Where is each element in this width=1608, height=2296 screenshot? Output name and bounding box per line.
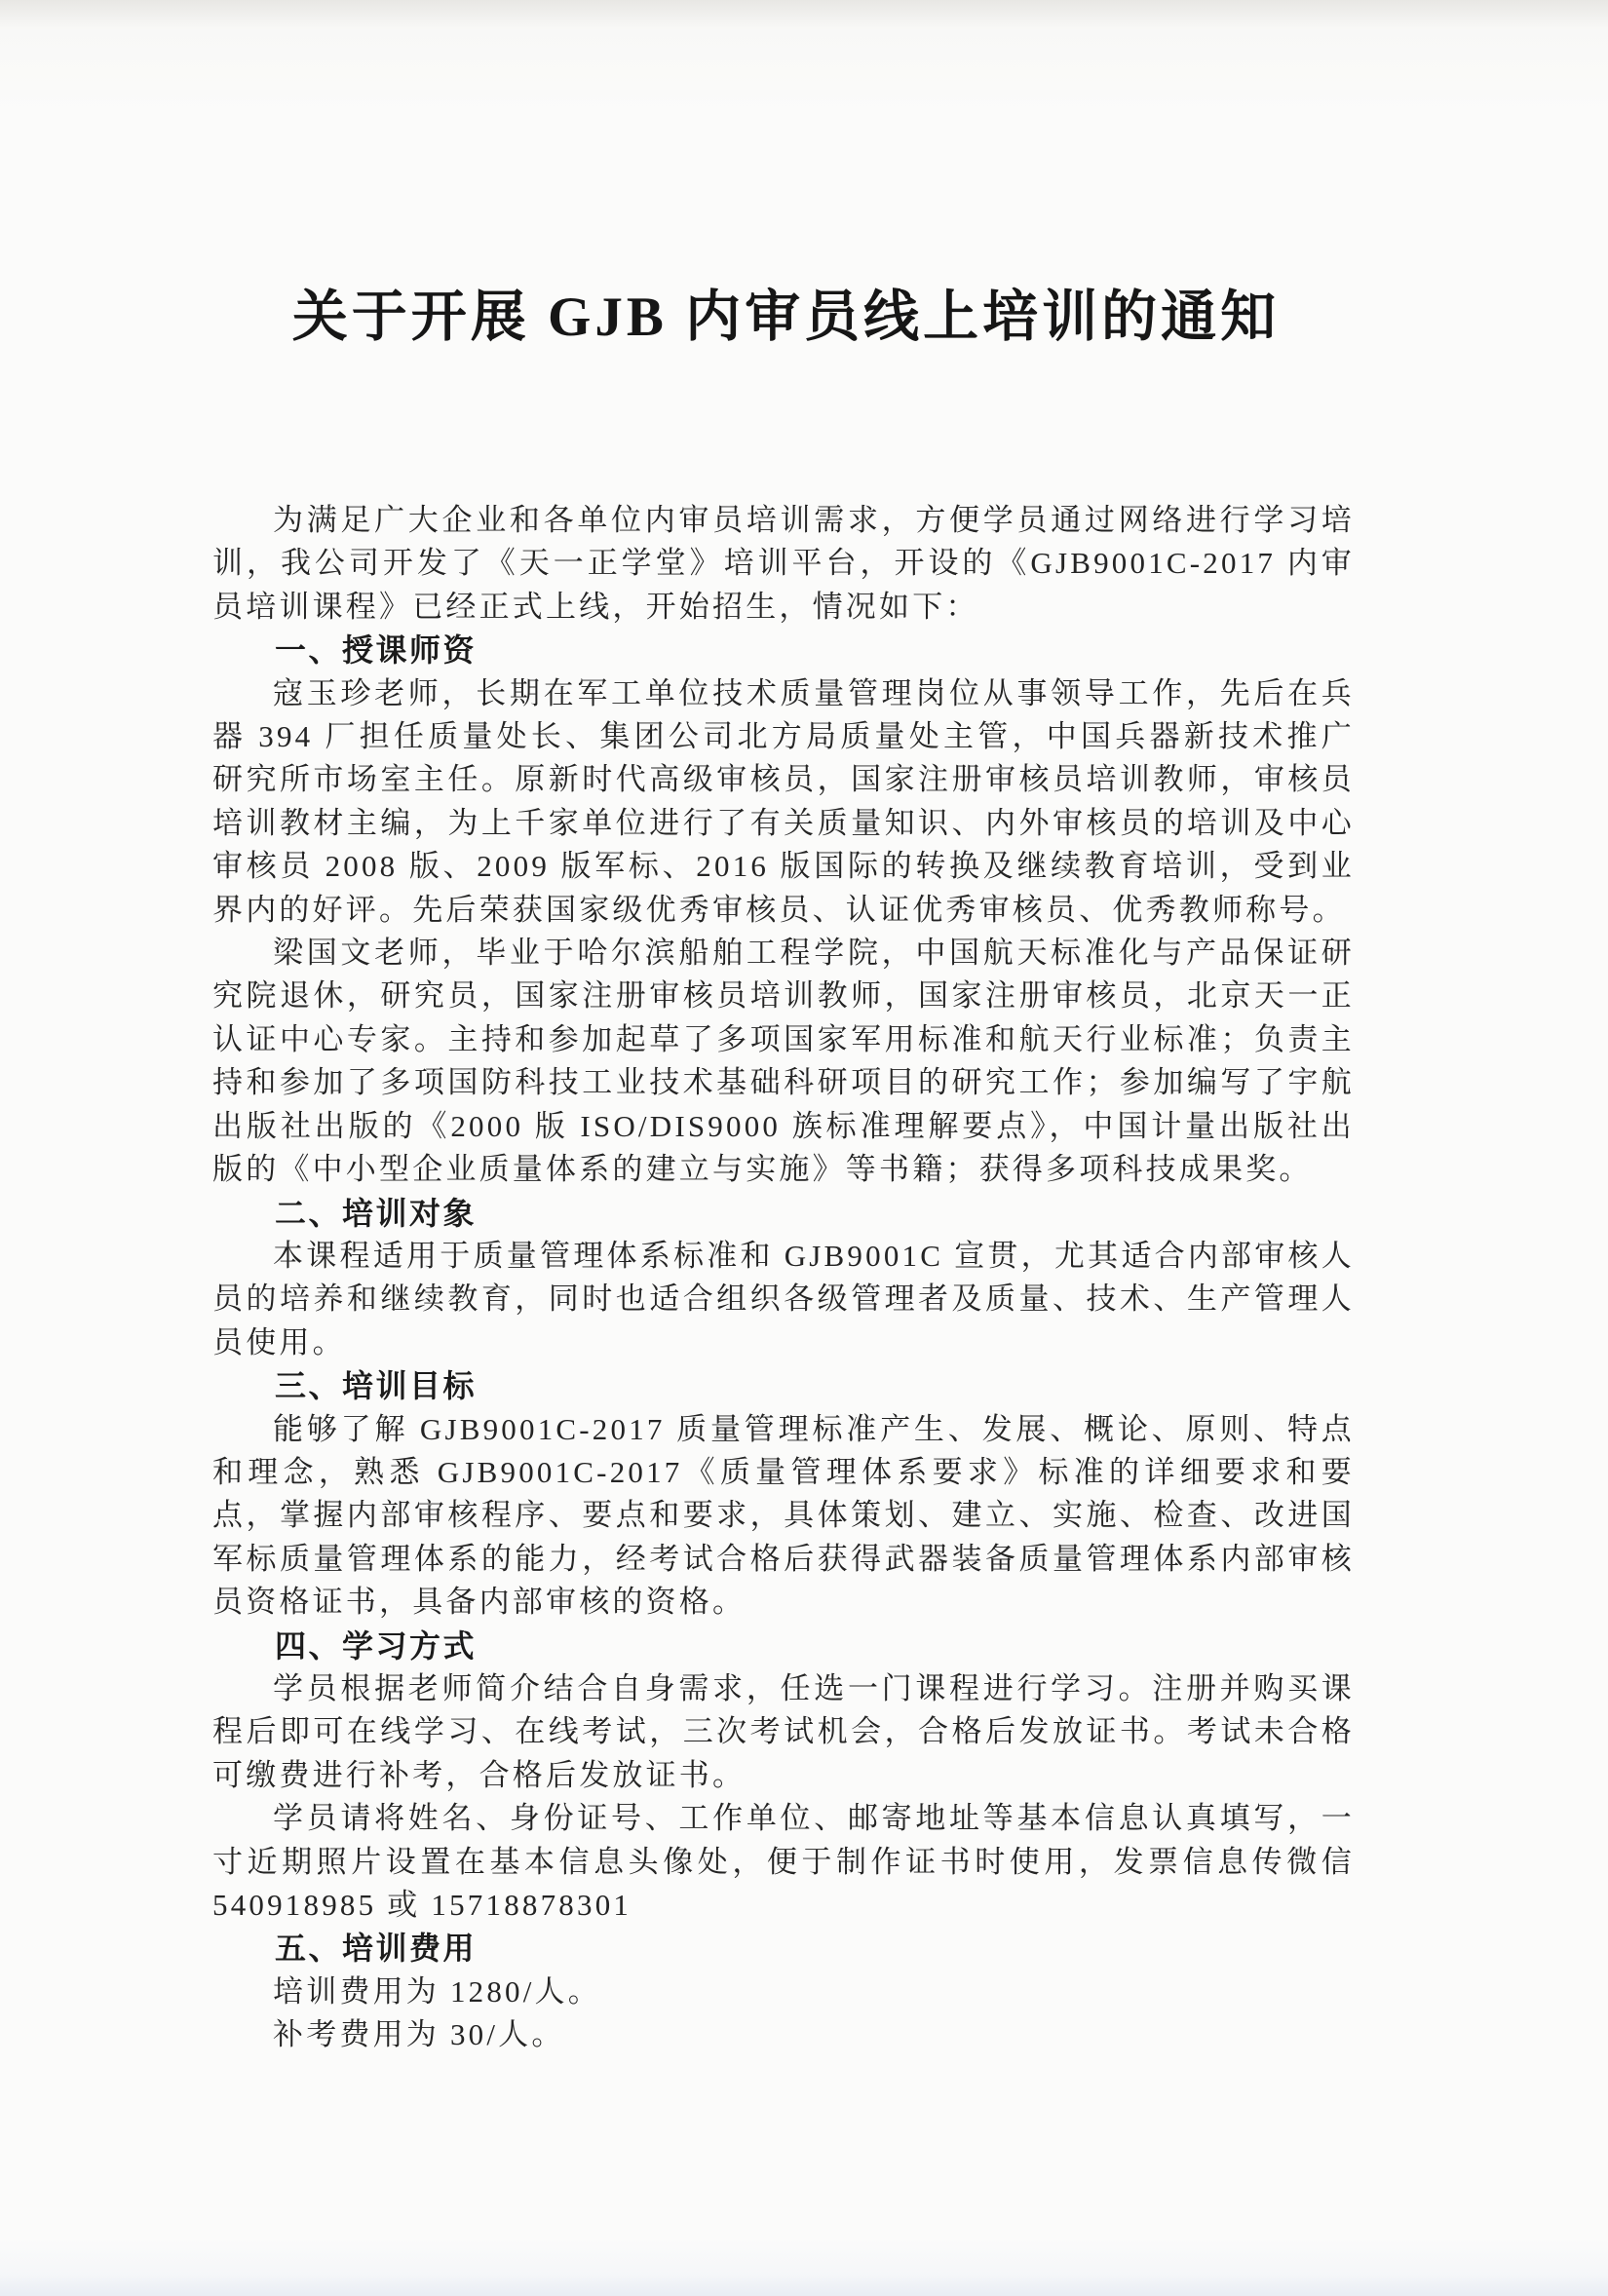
section-heading: 一、授课师资: [212, 629, 1355, 671]
paragraph: 能够了解 GJB9001C-2017 质量管理标准产生、发展、概论、原则、特点和…: [212, 1408, 1355, 1625]
section-heading: 三、培训目标: [212, 1364, 1355, 1407]
notice-title: 关于开展 GJB 内审员线上培训的通知: [212, 0, 1359, 353]
paragraph: 为满足广大企业和各单位内审员培训需求，方便学员通过网络进行学习培训，我公司开发了…: [212, 499, 1355, 629]
section-heading: 四、学习方式: [212, 1625, 1355, 1667]
paragraph: 学员根据老师简介结合自身需求，任选一门课程进行学习。注册并购买课程后即可在线学习…: [212, 1667, 1355, 1797]
paragraph: 寇玉珍老师，长期在军工单位技术质量管理岗位从事领导工作，先后在兵器 394 厂担…: [212, 672, 1355, 932]
notice-body: 为满足广大企业和各单位内审员培训需求，方便学员通过网络进行学习培训，我公司开发了…: [212, 499, 1355, 2057]
paragraph: 培训费用为 1280/人。: [212, 1971, 1355, 2013]
paragraph: 学员请将姓名、身份证号、工作单位、邮寄地址等基本信息认真填写，一寸近期照片设置在…: [212, 1797, 1355, 1927]
section-heading: 二、培训对象: [212, 1192, 1355, 1235]
section-heading: 五、培训费用: [212, 1927, 1355, 1970]
paragraph: 梁国文老师，毕业于哈尔滨船舶工程学院，中国航天标准化与产品保证研究院退休，研究员…: [212, 932, 1355, 1191]
paragraph: 补考费用为 30/人。: [212, 2013, 1355, 2056]
paragraph: 本课程适用于质量管理体系标准和 GJB9001C 宣贯，尤其适合内部审核人员的培…: [212, 1235, 1355, 1364]
scanned-notice-page: 关于开展 GJB 内审员线上培训的通知 为满足广大企业和各单位内审员培训需求，方…: [0, 0, 1608, 2296]
